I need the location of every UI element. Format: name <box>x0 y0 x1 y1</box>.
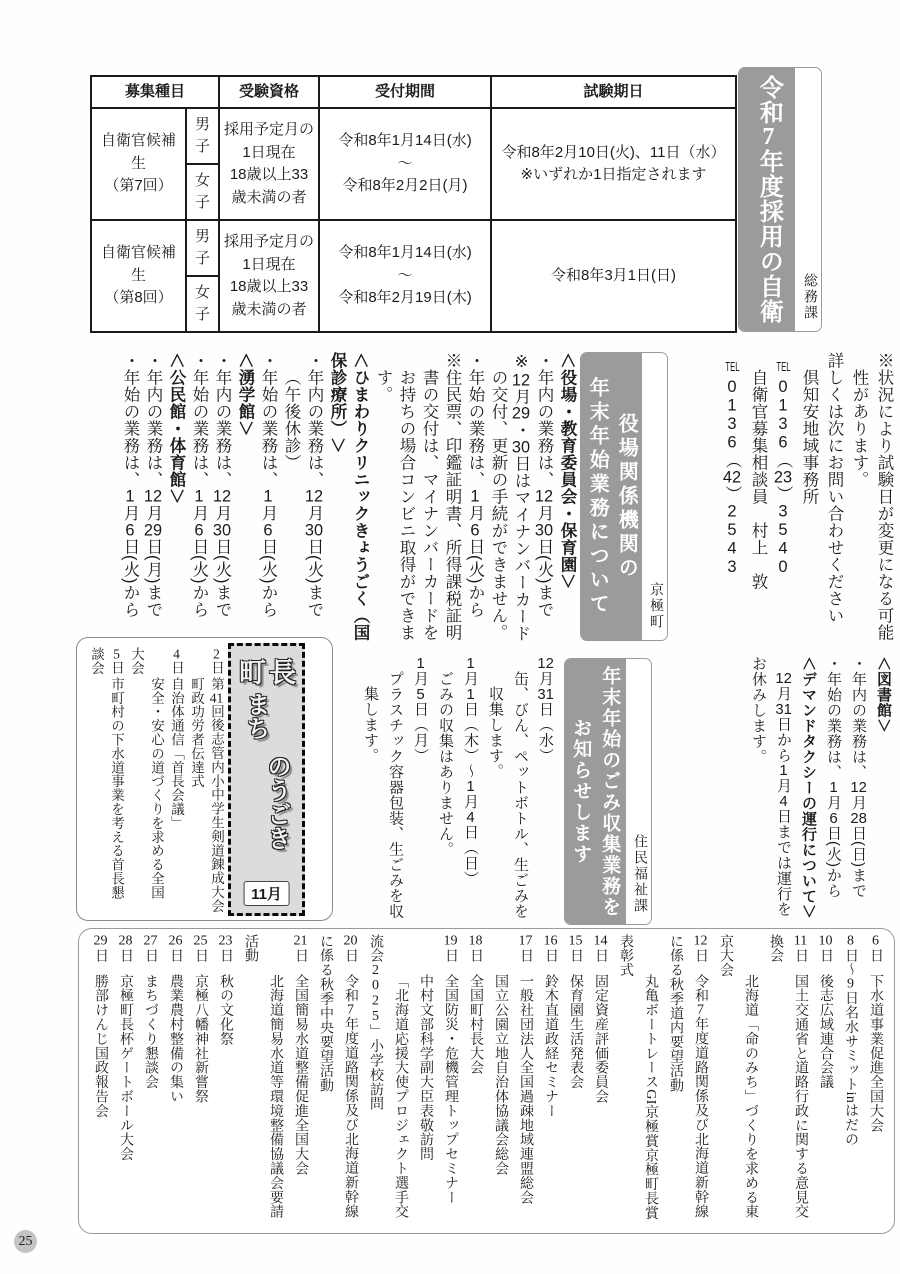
calendar-date: 6日 <box>863 934 888 974</box>
calendar-event: 「北海道応援大使プロジェクト選手交流会2025」小学校訪問 <box>368 934 408 1219</box>
col-header-exam: 試験期日 <box>491 76 736 108</box>
cell-category-1: 自衛官候補生 （第7回） <box>91 108 186 220</box>
mayor-title-part1: 町長 <box>239 651 299 690</box>
col-header-period: 受付期間 <box>319 76 491 108</box>
yearend-notices-2: ＜図書館＞ ・年内の業務は、12月28日(日)まで ・年始の業務は、1月6日(火… <box>700 656 896 928</box>
calendar-event: 全国防災・危機管理トップセミナー <box>443 974 458 1204</box>
calendar-entry: 12日令和7年度道路関係及び北海道新幹線に係る秋季道内要望活動 <box>663 934 713 1228</box>
cell-period-2: 令和8年1月14日(水) ～ 令和8年2月19日(木) <box>319 220 491 332</box>
calendar-entry: 2日第41回後志管内小中学生剣道錬成大会 <box>206 647 226 913</box>
recruit-dept-label: 総務課 <box>795 68 821 331</box>
dept-text: 京極町 <box>649 582 665 630</box>
calendar-date: 17日 <box>513 934 538 974</box>
calendar-event: 名水サミットinはだの <box>843 1005 858 1146</box>
cell-gender-male-1: 男子 <box>186 108 219 164</box>
notice-line: プラスチック容器包装、生ごみを収集します。 <box>358 656 408 928</box>
yearend-notices-1: ＜役場・教育委員会・保育園＞ ・年内の業務は、12月30日(火)まで ※12月2… <box>72 352 578 646</box>
notice-line: ・年内の業務は、12月30日(火)まで（午後休診） <box>279 352 325 646</box>
mayor-title-part3: のうごき <box>259 754 294 850</box>
calendar-event: 一般社団法人全国過疎地域連盟総会 <box>518 974 533 1204</box>
calendar-event: 全国簡易水道整備促進全国大会 <box>293 974 308 1176</box>
garbage-schedule: 12月31日（水） 缶、びん、ペットボトル、生ごみを収集します。 1月1日（木）… <box>332 656 558 928</box>
calendar-event: 下水道事業促進全国大会 <box>868 974 883 1132</box>
cell-gender-male-2: 男子 <box>186 220 219 276</box>
mayor-title-part2: まち <box>238 692 273 740</box>
dept-text: 総務課 <box>803 273 819 321</box>
calendar-entry: 中村文部科学副大臣表敬訪問 <box>413 934 438 1228</box>
calendar-event: 北海道簡易水道等環境整備協議会要請活動 <box>243 934 283 1219</box>
calendar-entry: 21日全国簡易水道整備促進全国大会 <box>288 934 313 1228</box>
notice-line: ごみの収集はありません。 <box>433 656 458 928</box>
notice-line: ・年始の業務は、1月6日(火)から <box>187 352 210 646</box>
notice-line: ※状況により試験日が変更になる可能性があります。 <box>846 352 896 644</box>
yearend-title: 役場関係機関の 年末年始業務について <box>581 353 642 640</box>
calendar-date: 29日 <box>88 934 113 974</box>
garbage-title-banner: 年末年始のごみ収集業務を お知らせします 住民福祉課 <box>564 658 652 925</box>
calendar-date: 14日 <box>588 934 613 974</box>
calendar-event: 令和7年度道路関係及び北海道新幹線に係る秋季道内要望活動 <box>668 934 708 1218</box>
calendar-event: 秋の文化祭 <box>218 974 233 1046</box>
calendar-entry: 町政功労者伝達式 <box>186 647 206 913</box>
calendar-entry: 5日市町村の下水道事業を考える首長懇談会 <box>86 647 126 913</box>
calendar-entry: 丸亀ボートレースGI京極賞京極町長賞表彰式 <box>613 934 663 1228</box>
notice-line: ＜図書館＞ <box>871 656 896 928</box>
calendar-entry: 25日京極八幡神社新嘗祭 <box>188 934 213 1228</box>
calendar-entry: 19日全国防災・危機管理トップセミナー <box>438 934 463 1228</box>
calendar-date: 4日 <box>166 647 186 677</box>
notice-line: ＜公民館・体育館＞ <box>164 352 187 646</box>
notice-line: ・年始の業務は、1月6日(火)から <box>463 352 486 646</box>
calendar-event: 国立公園立地自治体協議会総会 <box>493 974 508 1176</box>
calendar-date: 11日 <box>788 934 813 974</box>
calendar-date: 21日 <box>288 934 313 974</box>
garbage-title: 年末年始のごみ収集業務を お知らせします <box>565 659 626 924</box>
calendar-date: 23日 <box>213 934 238 974</box>
notice-line: 1月1日（木）～1月4日（日） <box>458 656 483 928</box>
calendar-event: 中村文部科学副大臣表敬訪問 <box>418 974 433 1161</box>
calendar-date: 15日 <box>563 934 588 974</box>
notice-line: ＜役場・教育委員会・保育園＞ <box>555 352 578 646</box>
calendar-entry: 28日京極町長杯ゲートボール大会 <box>113 934 138 1228</box>
notice-line: ＜湧学館＞ <box>233 352 256 646</box>
calendar-date: 18日 <box>463 934 488 974</box>
table-row: 自衛官候補生 （第7回） 男子 採用予定月の 1日現在 18歳以上33 歳未満の… <box>91 108 736 164</box>
calendar-date: 12日 <box>688 934 713 974</box>
calendar-entry: 23日秋の文化祭 <box>213 934 238 1228</box>
calendar-event: 国土交通省と道路行政に関する意見交換会 <box>768 934 808 1219</box>
notice-line: TEL 0136（23）3540 <box>770 352 796 644</box>
recruit-title: 令和7年度採用の自衛官 <box>739 68 795 331</box>
notice-line: ＜ひまわりクリニックきょうごく（国保診療所）＞ <box>325 352 371 646</box>
calendar-entry: 4日自治体通信「首長会議」 <box>166 647 186 913</box>
calendar-entry: 20日令和7年度道路関係及び北海道新幹線に係る秋季中央要望活動 <box>313 934 363 1228</box>
notice-line: 缶、びん、ペットボトル、生ごみを収集します。 <box>483 656 533 928</box>
notice-line: 12月31日（水） <box>533 656 558 928</box>
calendar-date: 5日 <box>106 647 126 677</box>
calendar-entry: 国立公園立地自治体協議会総会 <box>488 934 513 1228</box>
mayor-movements-box: 2日第41回後志管内小中学生剣道錬成大会 町政功労者伝達式 4日自治体通信「首長… <box>76 637 333 921</box>
calendar-event: 全国町村長大会 <box>468 974 483 1075</box>
recruit-table-header-row: 募集種目 受験資格 受付期間 試験期日 <box>91 76 736 108</box>
calendar-event: 町政功労者伝達式 <box>189 677 204 788</box>
notice-line: ＜デマンドタクシーの運行について＞ <box>796 656 821 928</box>
calendar-entry: 「北海道応援大使プロジェクト選手交流会2025」小学校訪問 <box>363 934 413 1228</box>
garbage-title-line1: 年末年始のごみ収集業務を <box>595 664 624 919</box>
calendar-entry: 26日農業農村整備の集い <box>163 934 188 1228</box>
col-header-qualification: 受験資格 <box>219 76 319 108</box>
calendar-event: 保育園生活発表会 <box>568 974 583 1089</box>
calendar-date: 26日 <box>163 934 188 974</box>
calendar-event: 京極町長杯ゲートボール大会 <box>118 974 133 1161</box>
calendar-event: 第41回後志管内小中学生剣道錬成大会 <box>209 677 224 913</box>
calendar-date: 8日～9日 <box>838 934 863 1005</box>
notice-line: ・年内の業務は、12月28日(日)まで <box>846 656 871 928</box>
yearend-dept-label: 京極町 <box>642 353 667 640</box>
calendar-event: 自治体通信「首長会議」 <box>169 677 184 830</box>
calendar-event: 令和7年度道路関係及び北海道新幹線に係る秋季中央要望活動 <box>318 934 358 1218</box>
calendar-entry: 16日鈴木直道政経セミナー <box>538 934 563 1228</box>
calendar-event: 丸亀ボートレースGI京極賞京極町長賞表彰式 <box>618 934 658 1220</box>
yearend-title-banner: 役場関係機関の 年末年始業務について 京極町 <box>580 352 668 641</box>
cell-exam-2: 令和8年3月1日(日) <box>491 220 736 332</box>
calendar-event: まちづくり懇談会 <box>143 974 158 1089</box>
november-calendar: 2日第41回後志管内小中学生剣道錬成大会 町政功労者伝達式 4日自治体通信「首長… <box>83 647 226 913</box>
calendar-date: 25日 <box>188 934 213 974</box>
calendar-event: 勝部けんじ国政報告会 <box>93 974 108 1118</box>
recruit-title-banner: 令和7年度採用の自衛官 総務課 <box>738 67 822 332</box>
calendar-entry: 15日保育園生活発表会 <box>563 934 588 1228</box>
cell-exam-1: 令和8年2月10日(火)、11日（水） ※いずれか1日指定されます <box>491 108 736 220</box>
recruit-title-text: 令和7年度採用の自衛官 <box>739 72 795 327</box>
calendar-entry: 29日勝部けんじ国政報告会 <box>88 934 113 1228</box>
yearend-title-line1: 役場関係機関の <box>611 359 640 634</box>
calendar-entry: 安全・安心の道づくりを求める全国大会 <box>126 647 166 913</box>
garbage-title-line2: お知らせします <box>566 664 595 919</box>
calendar-entry: 17日一般社団法人全国過疎地域連盟総会 <box>513 934 538 1228</box>
calendar-date: 10日 <box>813 934 838 974</box>
table-row: 自衛官候補生 （第8回） 男子 採用予定月の 1日現在 18歳以上33 歳未満の… <box>91 220 736 276</box>
notice-line: TEL 0136（42）2543 <box>719 352 745 644</box>
calendar-entry: 北海道簡易水道等環境整備協議会要請活動 <box>238 934 288 1228</box>
calendar-date: 19日 <box>438 934 463 974</box>
calendar-entry: 6日下水道事業促進全国大会 <box>863 934 888 1228</box>
notice-line: ※住民票、印鑑証明書、所得課税証明書の交付は、マイナンバーカードをお持ちの場合コ… <box>371 352 463 646</box>
calendar-entry: 北海道「命のみち」づくりを求める東京大会 <box>713 934 763 1228</box>
notice-line: 1月5日（月） <box>408 656 433 928</box>
notice-line: ・年内の業務は、12月30日(火)まで <box>210 352 233 646</box>
notice-line: ・年内の業務は、12月29日(月)まで <box>141 352 164 646</box>
notice-line: ・年始の業務は、1月6日(火)から <box>821 656 846 928</box>
calendar-event: 市町村の下水道事業を考える首長懇談会 <box>89 647 124 899</box>
calendar-event: 北海道「命のみち」づくりを求める東京大会 <box>718 934 758 1219</box>
calendar-entry: 10日後志広域連合会議 <box>813 934 838 1228</box>
calendar-entry: 14日固定資産評価委員会 <box>588 934 613 1228</box>
calendar-entry: 27日まちづくり懇談会 <box>138 934 163 1228</box>
cell-qualification-1: 採用予定月の 1日現在 18歳以上33 歳未満の者 <box>219 108 319 220</box>
calendar-entry: 8日～9日名水サミットinはだの <box>838 934 863 1228</box>
notice-line: ・年始の業務は、1月6日(火)から <box>256 352 279 646</box>
cell-gender-female-2: 女子 <box>186 276 219 332</box>
calendar-date: 20日 <box>338 934 363 974</box>
calendar-event: 鈴木直道政経セミナー <box>543 974 558 1118</box>
cell-period-1: 令和8年1月14日(水) ～ 令和8年2月2日(月) <box>319 108 491 220</box>
notice-line: ・年始の業務は、1月6日(火)から <box>118 352 141 646</box>
dept-text: 住民福祉課 <box>633 834 649 914</box>
notice-line: 詳しくは次にお問い合わせください <box>821 352 846 644</box>
calendar-event: 安全・安心の道づくりを求める全国大会 <box>129 647 164 899</box>
calendar-event: 農業農村整備の集い <box>168 974 183 1104</box>
recruit-table: 募集種目 受験資格 受付期間 試験期日 自衛官候補生 （第7回） 男子 採用予定… <box>90 75 737 333</box>
cell-qualification-2: 採用予定月の 1日現在 18歳以上33 歳未満の者 <box>219 220 319 332</box>
page-number: 25 <box>14 1230 37 1253</box>
calendar-entry: 11日国土交通省と道路行政に関する意見交換会 <box>763 934 813 1228</box>
calendar-date: 2日 <box>206 647 226 677</box>
mayor-calendar-box: 6日下水道事業促進全国大会 8日～9日名水サミットinはだの 10日後志広域連合… <box>78 928 895 1234</box>
garbage-dept-label: 住民福祉課 <box>626 659 651 924</box>
cell-category-2: 自衛官候補生 （第8回） <box>91 220 186 332</box>
calendar-date: 16日 <box>538 934 563 974</box>
calendar-entry: 18日全国町村長大会 <box>463 934 488 1228</box>
notice-line: 自衛官募集相談員 村上 敦 <box>745 352 770 644</box>
calendar-date: 28日 <box>113 934 138 974</box>
mayor-title-box: 町長 まち のうごき 11月 <box>228 643 305 916</box>
notice-line: ・年内の業務は、12月30日(火)まで <box>532 352 555 646</box>
calendar-event: 後志広域連合会議 <box>818 974 833 1089</box>
newsletter-page: { "page_number": "25", "colors": { "titl… <box>0 0 900 1274</box>
notice-line: 倶知安地域事務所 <box>796 352 821 644</box>
cell-gender-female-1: 女子 <box>186 164 219 220</box>
mayor-calendar: 6日下水道事業促進全国大会 8日～9日名水サミットinはだの 10日後志広域連合… <box>85 934 888 1228</box>
col-header-category: 募集種目 <box>91 76 219 108</box>
notice-line: 12月31日から1月4日までは運行をお休みします。 <box>746 656 796 928</box>
month-label: 11月 <box>243 881 290 906</box>
calendar-event: 固定資産評価委員会 <box>593 974 608 1104</box>
notice-line: ※12月29・30日はマイナンバーカードの交付、更新の手続ができません。 <box>486 352 532 646</box>
calendar-date: 27日 <box>138 934 163 974</box>
recruit-notes: ※状況により試験日が変更になる可能性があります。 詳しくは次にお問い合わせくださ… <box>700 352 896 644</box>
yearend-title-line2: 年末年始業務について <box>582 359 611 634</box>
calendar-event: 京極八幡神社新嘗祭 <box>193 974 208 1104</box>
